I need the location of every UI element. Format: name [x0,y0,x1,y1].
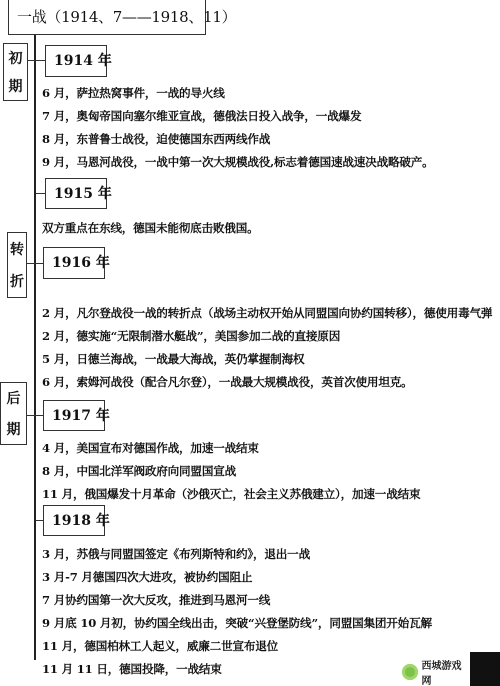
phase-turning: 转 折 [7,232,27,298]
phase-label-bottom: 折 [10,271,24,291]
year-box-1917: 1917 年 [43,400,105,431]
event-item: 8 月，中国北洋军阀政府向同盟国宣战 [42,463,236,479]
diagram-title: 一战（1914、7——1918、11） [17,8,236,26]
year-box-1918: 1918 年 [43,505,105,536]
event-item: 2 月，德实施“无限制潜水艇战”，美国参加二战的直接原因 [42,328,340,344]
event-item: 11 月，德国柏林工人起义，威廉二世宣布退位 [42,638,278,654]
phase-label-top: 转 [10,239,24,259]
phase-label-bottom: 期 [7,419,21,439]
event-item: 11 月，俄国爆发十月革命（沙俄灭亡，社会主义苏俄建立），加速一战结束 [42,486,420,502]
watermark-text: 西城游戏网 [422,657,470,686]
year-label: 1915 年 [54,186,112,202]
title-box: 一战（1914、7——1918、11） [8,0,206,35]
phase-early: 初 期 [3,43,28,101]
event-item: 4 月，美国宣布对德国作战，加速一战结束 [42,440,259,456]
year-box-1916: 1916 年 [43,247,105,279]
year-box-1914: 1914 年 [45,45,107,77]
phase-late: 后 期 [0,382,27,445]
year-label: 1914 年 [54,53,112,69]
event-item: 6 月，索姆河战役（配合凡尔登），一战最大规模战役，英首次使用坦克。 [42,374,413,390]
timeline-axis [34,35,36,660]
connector [36,520,43,521]
leaf-logo-icon [402,664,418,680]
year-label: 1917 年 [52,408,110,424]
watermark: 西城游戏网 [400,660,470,684]
connector [27,415,43,416]
year-label: 1918 年 [52,513,110,529]
event-item: 7 月协约国第一次大反攻，推进到马恩河一线 [42,592,270,608]
event-item: 3 月-7 月德国四次大进攻，被协约国阻止 [42,569,252,585]
connector [27,263,43,264]
event-item: 9 月，马恩河战役，一战中第一次大规模战役,标志着德国速战速决战略破产。 [42,154,434,170]
phase-label-top: 后 [7,388,21,408]
phase-label-top: 初 [9,48,23,68]
year-box-1915: 1915 年 [45,178,107,209]
connector [36,193,45,194]
event-item: 6 月，萨拉热窝事件，一战的导火线 [42,85,225,101]
event-item: 3 月，苏俄与同盟国签定《布列斯特和约》，退出一战 [42,546,310,562]
phase-label-bottom: 期 [9,76,23,96]
event-item: 8 月，东普鲁士战役，迫使德国东西两线作战 [42,131,270,147]
event-item: 9 月底 10 月初，协约国全线出击，突破“兴登堡防线”，同盟国集团开始瓦解 [42,615,432,631]
event-item: 7 月，奥匈帝国向塞尔维亚宣战，德俄法日投入战争，一战爆发 [42,108,361,124]
event-item: 2 月，凡尔登战役一战的转折点（战场主动权开始从同盟国向协约国转移），德使用毒气… [42,305,492,321]
connector [28,60,45,61]
year-label: 1916 年 [52,255,110,271]
event-item: 11 月 11 日，德国投降，一战结束 [42,661,222,677]
event-item: 双方重点在东线，德国未能彻底击败俄国。 [42,220,258,236]
watermark-background [470,652,500,686]
event-item: 5 月，日德兰海战，一战最大海战，英仍掌握制海权 [42,351,304,367]
